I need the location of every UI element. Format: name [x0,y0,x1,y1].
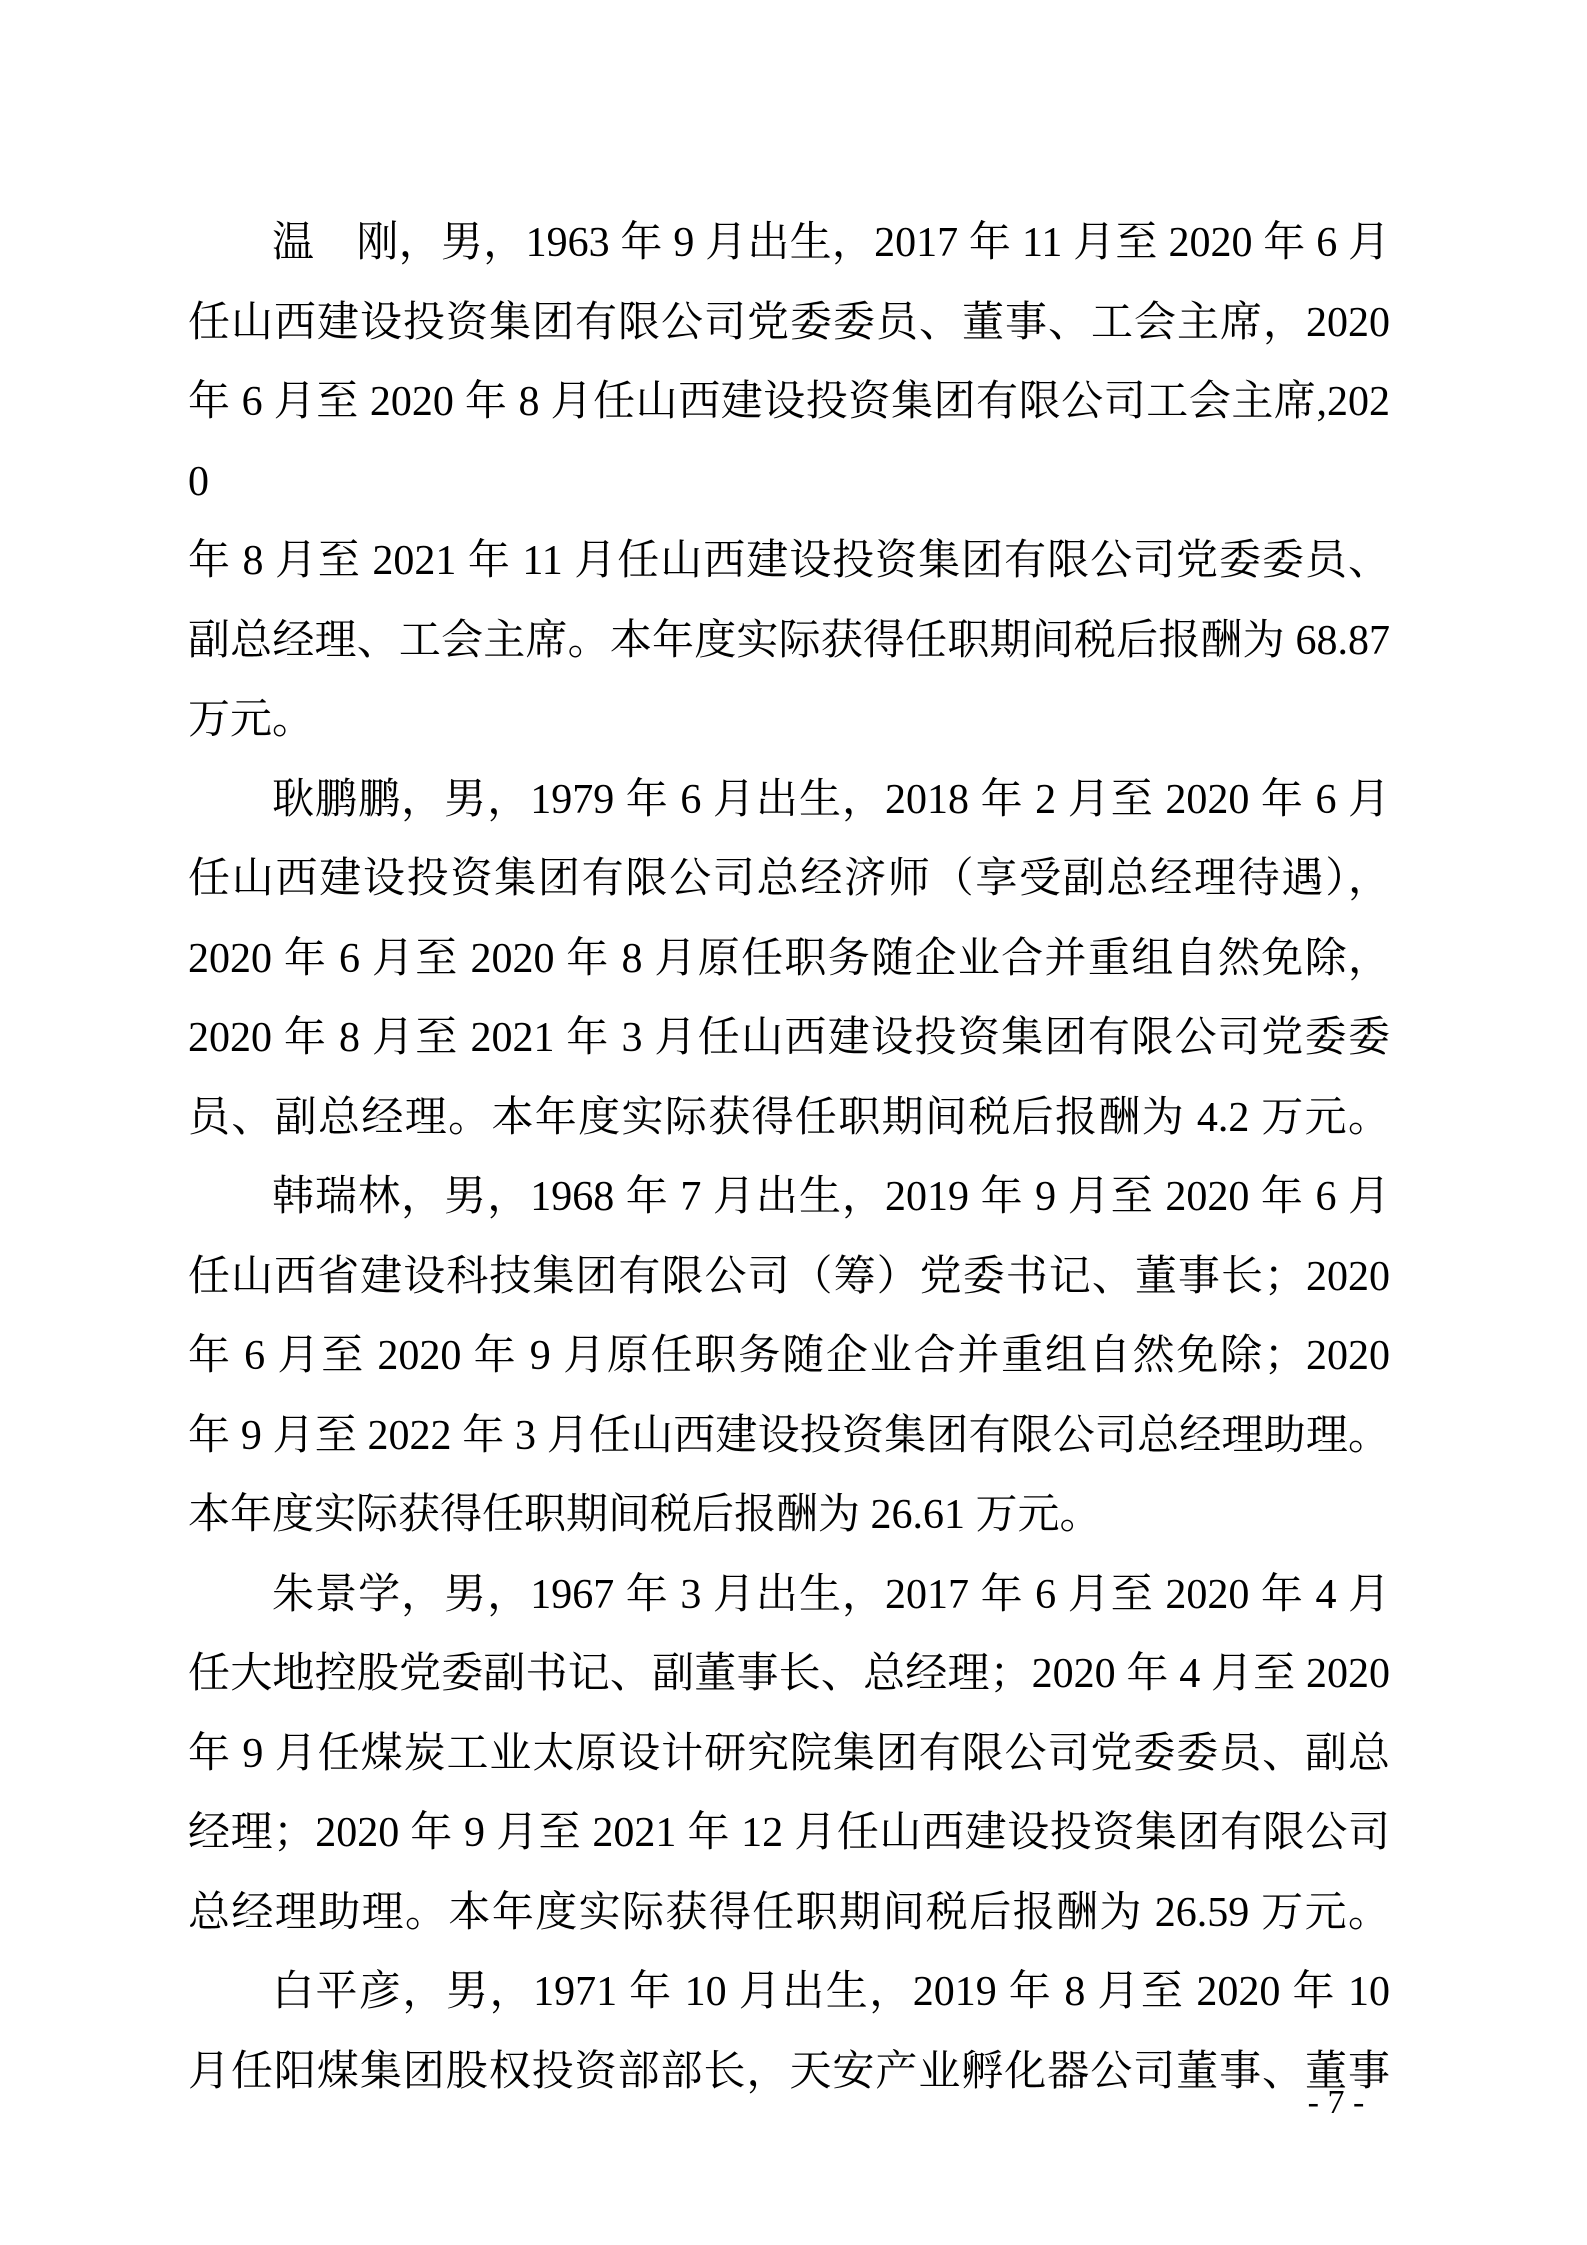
paragraph-wen-gang: 温 刚，男，1963 年 9 月出生，2017 年 11 月至 2020 年 6… [188,204,1390,761]
text-line: 经理；2020 年 9 月至 2021 年 12 月任山西建设投资集团有限公司 [188,1794,1390,1874]
text-line: 任山西建设投资集团有限公司党委委员、董事、工会主席，2020 [188,284,1390,364]
paragraph-geng-pengpeng: 耿鹏鹏，男，1979 年 6 月出生，2018 年 2 月至 2020 年 6 … [188,761,1390,1159]
text-line: 年 6 月至 2020 年 8 月任山西建设投资集团有限公司工会主席,2020 [188,363,1390,522]
text-line: 朱景学，男，1967 年 3 月出生，2017 年 6 月至 2020 年 4 … [188,1556,1390,1636]
text-line: 本年度实际获得任职期间税后报酬为 26.61 万元。 [188,1476,1390,1556]
paragraph-han-ruilin: 韩瑞林，男，1968 年 7 月出生，2019 年 9 月至 2020 年 6 … [188,1158,1390,1556]
document-page: 温 刚，男，1963 年 9 月出生，2017 年 11 月至 2020 年 6… [0,0,1587,2245]
text-line: 2020 年 8 月至 2021 年 3 月任山西建设投资集团有限公司党委委 [188,999,1390,1079]
text-line: 耿鹏鹏，男，1979 年 6 月出生，2018 年 2 月至 2020 年 6 … [188,761,1390,841]
text-line: 任山西省建设科技集团有限公司（筹）党委书记、董事长；2020 [188,1238,1390,1318]
text-line: 韩瑞林，男，1968 年 7 月出生，2019 年 9 月至 2020 年 6 … [188,1158,1390,1238]
text-line: 年 8 月至 2021 年 11 月任山西建设投资集团有限公司党委委员、 [188,522,1390,602]
text-line: 温 刚，男，1963 年 9 月出生，2017 年 11 月至 2020 年 6… [188,204,1390,284]
text-line: 月任阳煤集团股权投资部部长，天安产业孵化器公司董事、董事 [188,2033,1390,2113]
text-line: 2020 年 6 月至 2020 年 8 月原任职务随企业合并重组自然免除， [188,920,1390,1000]
text-line: 员、副总经理。本年度实际获得任职期间税后报酬为 4.2 万元。 [188,1079,1390,1159]
text-line: 任山西建设投资集团有限公司总经济师（享受副总经理待遇）， [188,840,1390,920]
paragraph-zhu-jingxue: 朱景学，男，1967 年 3 月出生，2017 年 6 月至 2020 年 4 … [188,1556,1390,1954]
text-line: 总经理助理。本年度实际获得任职期间税后报酬为 26.59 万元。 [188,1874,1390,1954]
text-line: 万元。 [188,681,1390,761]
text-line: 年 6 月至 2020 年 9 月原任职务随企业合并重组自然免除；2020 [188,1317,1390,1397]
text-line: 任大地控股党委副书记、副董事长、总经理；2020 年 4 月至 2020 [188,1635,1390,1715]
text-line: 副总经理、工会主席。本年度实际获得任职期间税后报酬为 68.87 [188,602,1390,682]
text-line: 白平彦，男，1971 年 10 月出生，2019 年 8 月至 2020 年 1… [188,1953,1390,2033]
paragraph-bai-pingyan: 白平彦，男，1971 年 10 月出生，2019 年 8 月至 2020 年 1… [188,1953,1390,2112]
text-line: 年 9 月至 2022 年 3 月任山西建设投资集团有限公司总经理助理。 [188,1397,1390,1477]
page-number: - 7 - [1308,2083,1365,2123]
document-body: 温 刚，男，1963 年 9 月出生，2017 年 11 月至 2020 年 6… [188,204,1390,2112]
text-line: 年 9 月任煤炭工业太原设计研究院集团有限公司党委委员、副总 [188,1715,1390,1795]
